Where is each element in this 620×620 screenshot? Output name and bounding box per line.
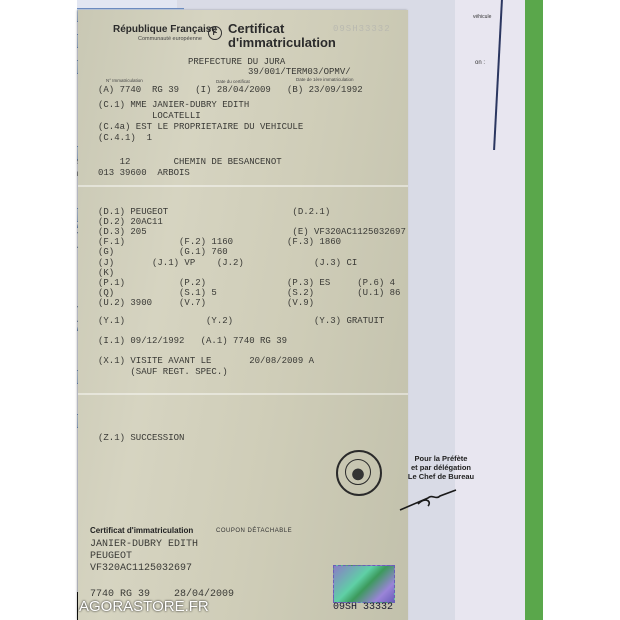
coupon-detachable: COUPON DÉTACHABLE [216, 528, 292, 534]
line-address-2: 013 39600 ARBOIS [98, 168, 190, 178]
green-background [525, 0, 543, 620]
label-immat: N° Immatriculation [106, 78, 143, 83]
line-z1: (Z.1) SUCCESSION [98, 433, 184, 443]
label-date-cert: Date du certificat [216, 79, 250, 84]
vehicle-line-f: (F.1) (F.2) 1160 (F.3) 1860 [98, 237, 341, 247]
fold-line [78, 185, 408, 187]
line-c41: (C.4.1) 1 [98, 133, 152, 143]
form-border-line [493, 0, 503, 150]
vehicle-line-d3: (D.3) 205 (E) VF320AC1125032697 [98, 227, 406, 237]
vehicle-line-g: (G) (G.1) 760 [98, 247, 228, 257]
serial-faint: 09SH33332 [333, 24, 391, 34]
signature-line-2: et par délégation [396, 463, 486, 472]
vehicle-line-u2: (U.2) 3900 (V.7) (V.9) [98, 298, 314, 308]
signature-line-3: Le Chef de Bureau [396, 472, 486, 481]
signature-icon [398, 488, 458, 512]
reference: 39/001/TERM03/OPMV/ [248, 67, 351, 77]
right-paper-form: véhicule on : [455, 0, 530, 620]
line-c1-cont: LOCATELLI [98, 111, 201, 121]
signature-line-1: Pour la Préfète [396, 454, 486, 463]
line-y: (Y.1) (Y.2) (Y.3) GRATUIT [98, 316, 384, 326]
line-i1: (I.1) 09/12/1992 (A.1) 7740 RG 39 [98, 336, 287, 346]
communaute-europeenne: Communauté européenne [138, 36, 202, 42]
vehicle-line-d1: (D.1) PEUGEOT (D.2.1) [98, 207, 330, 217]
vehicle-line-k: (K) [98, 268, 114, 278]
prefecture: PREFECTURE DU JURA [188, 57, 285, 67]
line-address-1: 12 CHEMIN DE BESANCENOT [98, 157, 282, 167]
label-date-1ere: Date de 1ère immatriculation [296, 77, 354, 82]
coupon-serial: 09SH 33332 [333, 602, 393, 613]
right-form-label-vehicule: véhicule [473, 14, 491, 20]
vehicle-line-d2: (D.2) 20AC11 [98, 217, 163, 227]
line-x1-cont: (SAUF REGT. SPEC.) [98, 367, 228, 377]
coupon-line-2: PEUGEOT [90, 551, 132, 562]
line-c4a: (C.4a) EST LE PROPRIETAIRE DU VEHICULE [98, 122, 303, 132]
coupon-title: Certificat d'immatriculation [90, 526, 193, 535]
signature-block: Pour la Préfète et par délégation Le Che… [396, 454, 486, 481]
line-a: (A) 7740 RG 39 (I) 28/04/2009 (B) 23/09/… [98, 85, 363, 95]
republique-francaise: République Française [113, 24, 217, 35]
watermark: AGORASTORE.FR [79, 598, 209, 615]
line-x1: (X.1) VISITE AVANT LE 20/08/2009 A [98, 356, 314, 366]
vehicle-line-q: (Q) (S.1) 5 (S.2) (U.1) 86 [98, 288, 400, 298]
title-line-2: d'immatriculation [228, 36, 336, 50]
coupon-line-3: VF320AC1125032697 [90, 563, 192, 574]
certificat-immatriculation: République Française Communauté européen… [78, 10, 408, 620]
line-c1: (C.1) MME JANIER-DUBRY EDITH [98, 100, 249, 110]
vehicle-line-p: (P.1) (P.2) (P.3) ES (P.6) 4 [98, 278, 395, 288]
coupon-line-1: JANIER-DUBRY EDITH [90, 539, 198, 550]
title-line-1: Certificat [228, 22, 336, 36]
right-form-label-on: on : [475, 60, 485, 66]
vehicle-line-j: (J) (J.1) VP (J.2) (J.3) CI [98, 258, 357, 268]
prefecture-stamp-icon [336, 450, 382, 496]
certificate-title: Certificat d'immatriculation [228, 22, 336, 50]
country-code-badge: F [208, 26, 222, 40]
fold-line [78, 393, 408, 395]
hologram-icon [333, 565, 395, 603]
